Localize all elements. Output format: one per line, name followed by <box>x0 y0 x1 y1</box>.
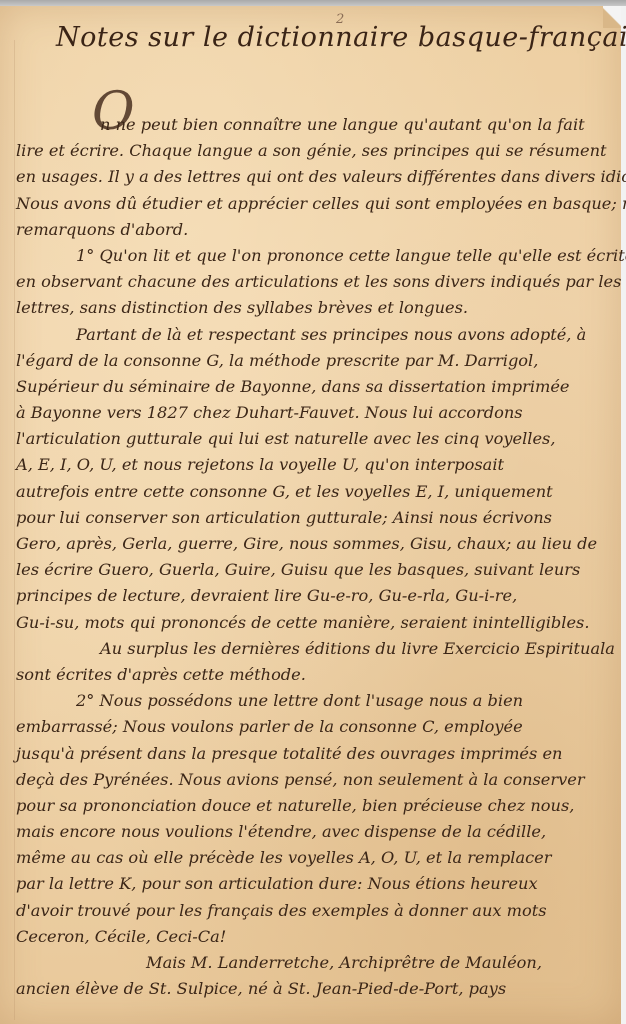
text-line: Gero, après, Gerla, guerre, Gire, nous s… <box>16 531 620 557</box>
text-line: Partant de là et respectant ses principe… <box>16 322 620 348</box>
manuscript-body: n ne peut bien connaître une langue qu'a… <box>16 112 620 1002</box>
text-line: deçà des Pyrénées. Nous avions pensé, no… <box>16 767 620 793</box>
page-edge <box>621 6 626 1024</box>
text-line: l'égard de la consonne G, la méthode pre… <box>16 348 620 374</box>
text-line: mais encore nous voulions l'étendre, ave… <box>16 819 620 845</box>
text-line: par la lettre K, pour son articulation d… <box>16 871 620 897</box>
text-line: pour lui conserver son articulation gutt… <box>16 505 620 531</box>
text-line: lettres, sans distinction des syllabes b… <box>16 295 620 321</box>
page-title: Notes sur le dictionnaire basque-françai… <box>56 22 626 53</box>
text-line: principes de lecture, devraient lire Gu-… <box>16 583 620 609</box>
text-line: Au surplus les dernières éditions du liv… <box>16 636 620 662</box>
text-line: à Bayonne vers 1827 chez Duhart-Fauvet. … <box>16 400 620 426</box>
text-line: sont écrites d'après cette méthode. <box>16 662 620 688</box>
text-line: en observant chacune des articulations e… <box>16 269 620 295</box>
text-line: n ne peut bien connaître une langue qu'a… <box>16 112 620 138</box>
text-line: pour sa prononciation douce et naturelle… <box>16 793 620 819</box>
text-line: 2° Nous possédons une lettre dont l'usag… <box>16 688 620 714</box>
text-line: autrefois entre cette consonne G, et les… <box>16 479 620 505</box>
text-line: Gu-i-su, mots qui prononcés de cette man… <box>16 610 620 636</box>
text-line: jusqu'à présent dans la presque totalité… <box>16 741 620 767</box>
text-line: ancien élève de St. Sulpice, né à St. Je… <box>16 976 620 1002</box>
text-line: l'articulation gutturale qui lui est nat… <box>16 426 620 452</box>
text-line: 1° Qu'on lit et que l'on prononce cette … <box>16 243 620 269</box>
margin-rule <box>14 40 15 1020</box>
text-line: remarquons d'abord. <box>16 217 620 243</box>
text-line: A, E, I, O, U, et nous rejetons la voyel… <box>16 452 620 478</box>
text-line: en usages. Il y a des lettres qui ont de… <box>16 164 620 190</box>
viewer-frame: 2 Notes sur le dictionnaire basque-franç… <box>0 0 626 1024</box>
text-line: Mais M. Landerretche, Archiprêtre de Mau… <box>16 950 620 976</box>
text-line: d'avoir trouvé pour les français des exe… <box>16 898 620 924</box>
text-line: les écrire Guero, Guerla, Guire, Guisu q… <box>16 557 620 583</box>
text-line: même au cas où elle précède les voyelles… <box>16 845 620 871</box>
text-line: Ceceron, Cécile, Ceci-Ca! <box>16 924 620 950</box>
text-line: lire et écrire. Chaque langue a son géni… <box>16 138 620 164</box>
text-line: Nous avons dû étudier et apprécier celle… <box>16 191 620 217</box>
text-line: embarrassé; Nous voulons parler de la co… <box>16 714 620 740</box>
text-line: Supérieur du séminaire de Bayonne, dans … <box>16 374 620 400</box>
